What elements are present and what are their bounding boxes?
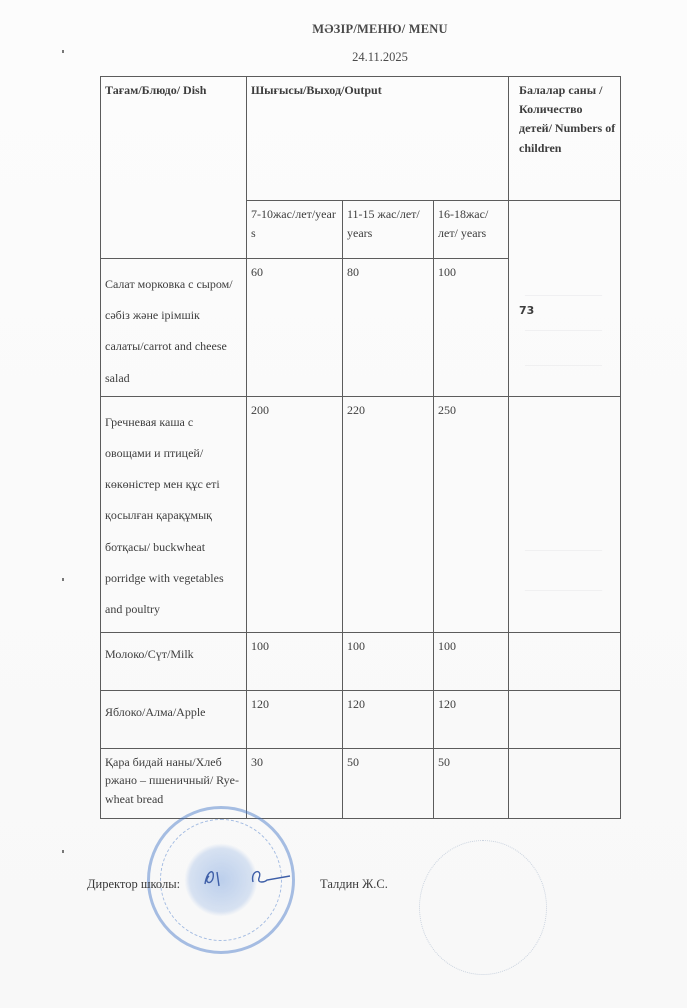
menu-table: Тағам/Блюдо/ Dish Шығысы/Выход/Output Ба… bbox=[100, 76, 621, 819]
portion-7-10: 100 bbox=[247, 632, 343, 690]
portion-11-15: 220 bbox=[343, 396, 434, 632]
header-row: Тағам/Блюдо/ Dish Шығысы/Выход/Output Ба… bbox=[101, 77, 621, 201]
director-name: Талдин Ж.С. bbox=[320, 877, 388, 892]
children-empty bbox=[509, 396, 621, 632]
age-group-11-15: 11-15 жас/лет/ years bbox=[343, 201, 434, 259]
children-count: 73 bbox=[509, 201, 621, 397]
portion-16-18: 100 bbox=[434, 632, 509, 690]
table-row: Гречневая каша с овощами и птицей/көкөні… bbox=[101, 396, 621, 632]
scan-mark bbox=[62, 578, 64, 581]
signature-label: Директор школы: bbox=[87, 877, 180, 892]
portion-7-10: 60 bbox=[247, 259, 343, 397]
portion-7-10: 30 bbox=[247, 748, 343, 818]
portion-11-15: 120 bbox=[343, 690, 434, 748]
scan-mark bbox=[62, 850, 64, 853]
header-dish: Тағам/Блюдо/ Dish bbox=[101, 77, 247, 259]
portion-11-15: 50 bbox=[343, 748, 434, 818]
dish-name: Молоко/Сүт/Milk bbox=[101, 632, 247, 690]
table-row: Қара бидай наны/Хлеб ржано – пшеничный/ … bbox=[101, 748, 621, 818]
children-empty bbox=[509, 690, 621, 748]
portion-11-15: 80 bbox=[343, 259, 434, 397]
children-empty bbox=[509, 748, 621, 818]
portion-16-18: 250 bbox=[434, 396, 509, 632]
children-empty bbox=[509, 632, 621, 690]
portion-7-10: 120 bbox=[247, 690, 343, 748]
document-title: МӘЗІР/МЕНЮ/ MENU bbox=[0, 22, 687, 37]
handwritten-signature bbox=[195, 862, 295, 892]
age-group-7-10: 7-10жас/лет/years bbox=[247, 201, 343, 259]
faint-stamp-imprint bbox=[419, 840, 547, 975]
portion-16-18: 50 bbox=[434, 748, 509, 818]
header-children: Балалар саны /Количество детей/ Numbers … bbox=[509, 77, 621, 201]
document-date: 24.11.2025 bbox=[0, 50, 687, 65]
dish-name: Салат морковка с сыром/сәбіз және ірімші… bbox=[101, 259, 247, 397]
portion-11-15: 100 bbox=[343, 632, 434, 690]
table-row: Молоко/Сүт/Milk 100 100 100 bbox=[101, 632, 621, 690]
dish-name: Яблоко/Алма/Apple bbox=[101, 690, 247, 748]
portion-16-18: 120 bbox=[434, 690, 509, 748]
portion-7-10: 200 bbox=[247, 396, 343, 632]
header-output: Шығысы/Выход/Output bbox=[247, 77, 509, 201]
table-row: Яблоко/Алма/Apple 120 120 120 bbox=[101, 690, 621, 748]
dish-name: Гречневая каша с овощами и птицей/көкөні… bbox=[101, 396, 247, 632]
age-group-16-18: 16-18жас/лет/ years bbox=[434, 201, 509, 259]
portion-16-18: 100 bbox=[434, 259, 509, 397]
